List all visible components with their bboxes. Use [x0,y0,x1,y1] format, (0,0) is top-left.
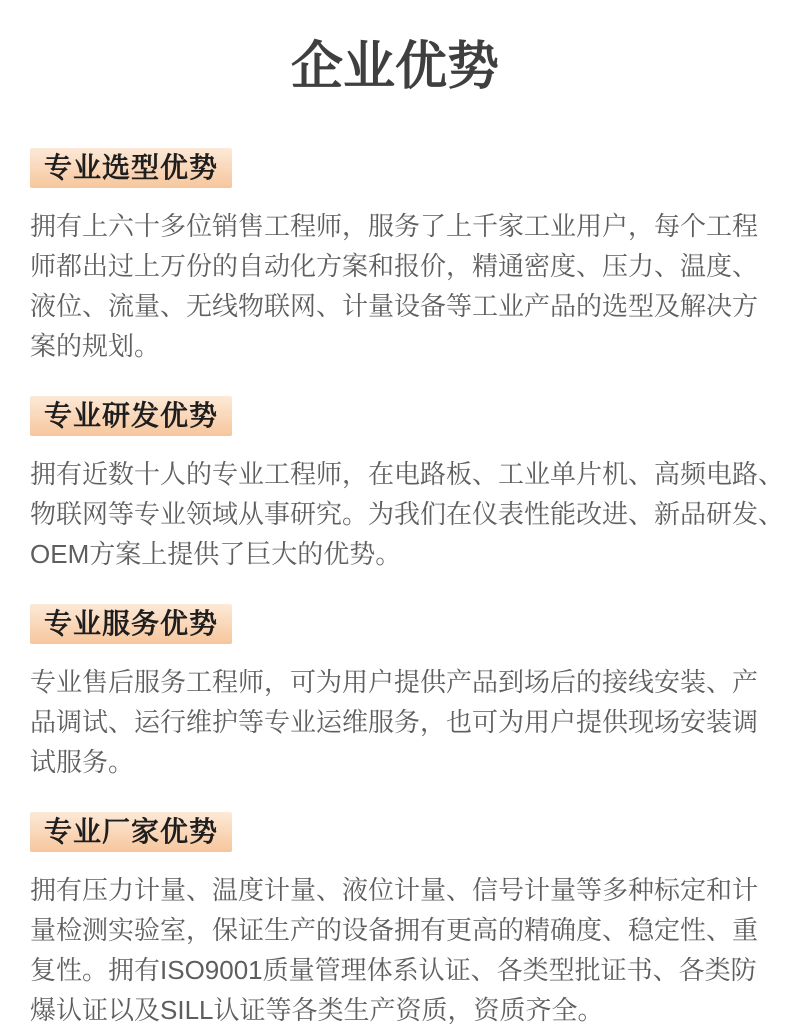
section-selection-advantage: 专业选型优势 拥有上六十多位销售工程师，服务了上千家工业用户，每个工程 师都出过… [30,148,790,366]
section-heading-service: 专业服务优势 [30,604,232,644]
section-paragraph-rnd: 拥有近数十人的专业工程师，在电路板、工业单片机、高频电路、 物联网等专业领域从事… [30,454,790,574]
section-service-advantage: 专业服务优势 专业售后服务工程师，可为用户提供产品到场后的接线安装、产 品调试、… [30,604,790,782]
section-heading-manufacturer: 专业厂家优势 [30,812,232,852]
section-paragraph-manufacturer: 拥有压力计量、温度计量、液位计量、信号计量等多种标定和计 量检测实验室，保证生产… [30,870,790,1026]
section-heading-rnd: 专业研发优势 [30,396,232,436]
section-manufacturer-advantage: 专业厂家优势 拥有压力计量、温度计量、液位计量、信号计量等多种标定和计 量检测实… [30,812,790,1026]
section-rnd-advantage: 专业研发优势 拥有近数十人的专业工程师，在电路板、工业单片机、高频电路、 物联网… [30,396,790,574]
section-paragraph-service: 专业售后服务工程师，可为用户提供产品到场后的接线安装、产 品调试、运行维护等专业… [30,662,790,782]
section-paragraph-selection: 拥有上六十多位销售工程师，服务了上千家工业用户，每个工程 师都出过上万份的自动化… [30,206,790,366]
section-heading-selection: 专业选型优势 [30,148,232,188]
page-title: 企业优势 [0,36,790,100]
